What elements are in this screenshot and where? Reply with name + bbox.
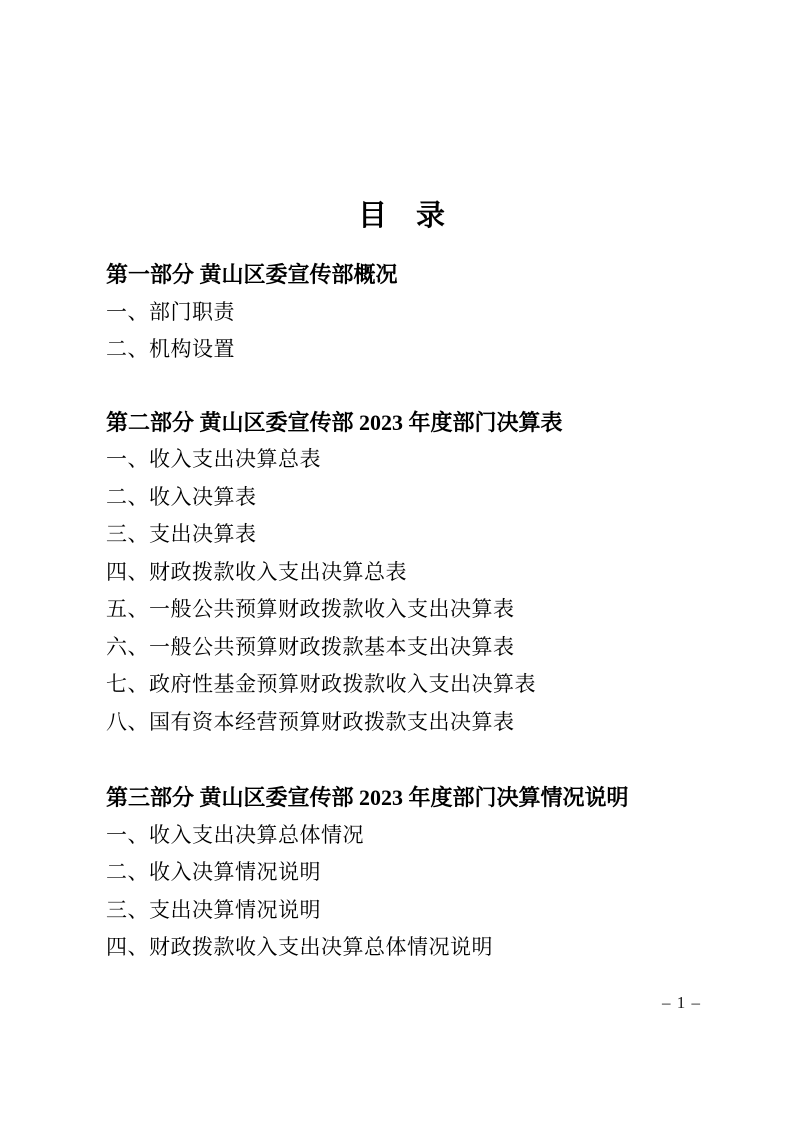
toc-entry: 四、财政拨款收入支出决算总体情况说明 xyxy=(106,929,697,967)
toc-content: 目 录 第一部分 黄山区委宣传部概况 一、部门职责 二、机构设置 第二部分 黄山… xyxy=(0,0,794,967)
document-page: 目 录 第一部分 黄山区委宣传部概况 一、部门职责 二、机构设置 第二部分 黄山… xyxy=(0,0,794,1122)
toc-section-part3: 第三部分 黄山区委宣传部 2023 年度部门决算情况说明 一、收入支出决算总体情… xyxy=(106,779,697,967)
toc-entry: 二、收入决算情况说明 xyxy=(106,854,697,892)
section-2-heading: 第二部分 黄山区委宣传部 2023 年度部门决算表 xyxy=(106,404,697,442)
toc-entry: 六、一般公共预算财政拨款基本支出决算表 xyxy=(106,629,697,667)
toc-entry: 四、财政拨款收入支出决算总表 xyxy=(106,554,697,592)
toc-entry: 五、一般公共预算财政拨款收入支出决算表 xyxy=(106,591,697,629)
toc-entry: 一、部门职责 xyxy=(106,294,697,332)
toc-entry: 八、国有资本经营预算财政拨款支出决算表 xyxy=(106,704,697,742)
toc-section-part1: 第一部分 黄山区委宣传部概况 一、部门职责 二、机构设置 xyxy=(106,256,697,369)
toc-entry: 二、收入决算表 xyxy=(106,479,697,517)
toc-section-part2: 第二部分 黄山区委宣传部 2023 年度部门决算表 一、收入支出决算总表 二、收… xyxy=(106,404,697,742)
section-3-heading: 第三部分 黄山区委宣传部 2023 年度部门决算情况说明 xyxy=(106,779,697,817)
toc-entry: 三、支出决算表 xyxy=(106,516,697,554)
page-number: – 1 – xyxy=(662,993,701,1013)
toc-entry: 三、支出决算情况说明 xyxy=(106,892,697,930)
toc-entry: 一、收入支出决算总体情况 xyxy=(106,817,697,855)
section-1-heading: 第一部分 黄山区委宣传部概况 xyxy=(106,256,697,294)
page-title: 目 录 xyxy=(106,197,697,235)
toc-entry: 一、收入支出决算总表 xyxy=(106,441,697,479)
toc-entry: 二、机构设置 xyxy=(106,331,697,369)
toc-entry: 七、政府性基金预算财政拨款收入支出决算表 xyxy=(106,666,697,704)
